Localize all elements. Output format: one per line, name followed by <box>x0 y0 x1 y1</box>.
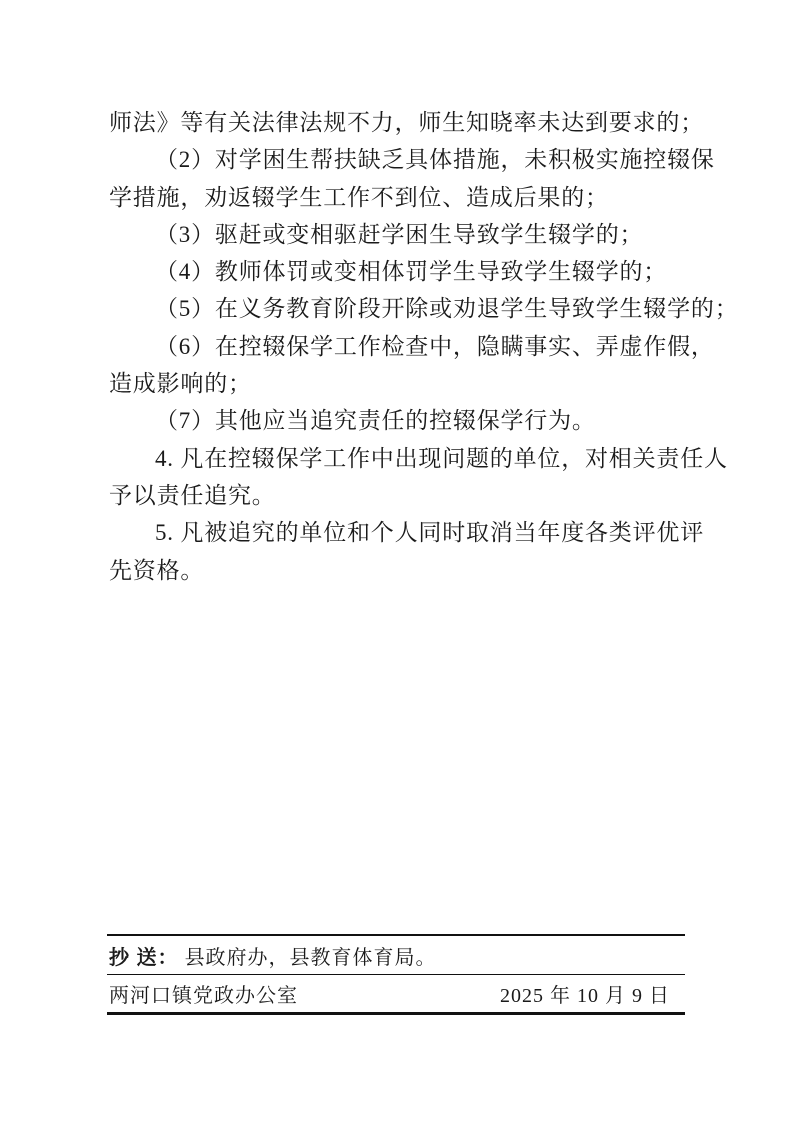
issue-date: 2025 年 10 月 9 日 <box>500 979 670 1008</box>
body-line: 学措施，劝返辍学生工作不到位、造成后果的； <box>109 179 733 216</box>
body-line: （5）在义务教育阶段开除或劝退学生导致学生辍学的； <box>109 290 733 327</box>
body-line: 5. 凡被追究的单位和个人同时取消当年度各类评优评 <box>109 514 733 551</box>
body-line: （4）教师体罚或变相体罚学生导致学生辍学的； <box>109 253 733 290</box>
cc-value: 县政府办，县教育体育局。 <box>185 941 437 970</box>
footer-block: 抄 送： 县政府办，县教育体育局。 两河口镇党政办公室 2025 年 10 月 … <box>107 934 685 1015</box>
body-line: （6）在控辍保学工作检查中，隐瞒事实、弄虚作假， <box>109 328 733 365</box>
body-line: 造成影响的； <box>109 365 733 402</box>
body-line: （3）驱赶或变相驱赶学困生导致学生辍学的； <box>109 216 733 253</box>
body-line: 师法》等有关法律法规不力，师生知晓率未达到要求的； <box>109 104 733 141</box>
document-body: 师法》等有关法律法规不力，师生知晓率未达到要求的；（2）对学困生帮扶缺乏具体措施… <box>109 104 733 589</box>
cc-row: 抄 送： 县政府办，县教育体育局。 <box>107 936 685 975</box>
body-line: （7）其他应当追究责任的控辍保学行为。 <box>109 402 733 439</box>
cc-label: 抄 送： <box>109 941 179 970</box>
body-line: 4. 凡在控辍保学工作中出现问题的单位，对相关责任人 <box>109 440 733 477</box>
body-line: （2）对学困生帮扶缺乏具体措施，未积极实施控辍保 <box>109 141 733 178</box>
body-line: 予以责任追究。 <box>109 477 733 514</box>
issuing-office: 两河口镇党政办公室 <box>109 979 298 1008</box>
document-page: 师法》等有关法律法规不力，师生知晓率未达到要求的；（2）对学困生帮扶缺乏具体措施… <box>0 0 793 1122</box>
body-line: 先资格。 <box>109 552 733 589</box>
issue-row: 两河口镇党政办公室 2025 年 10 月 9 日 <box>107 975 685 1012</box>
